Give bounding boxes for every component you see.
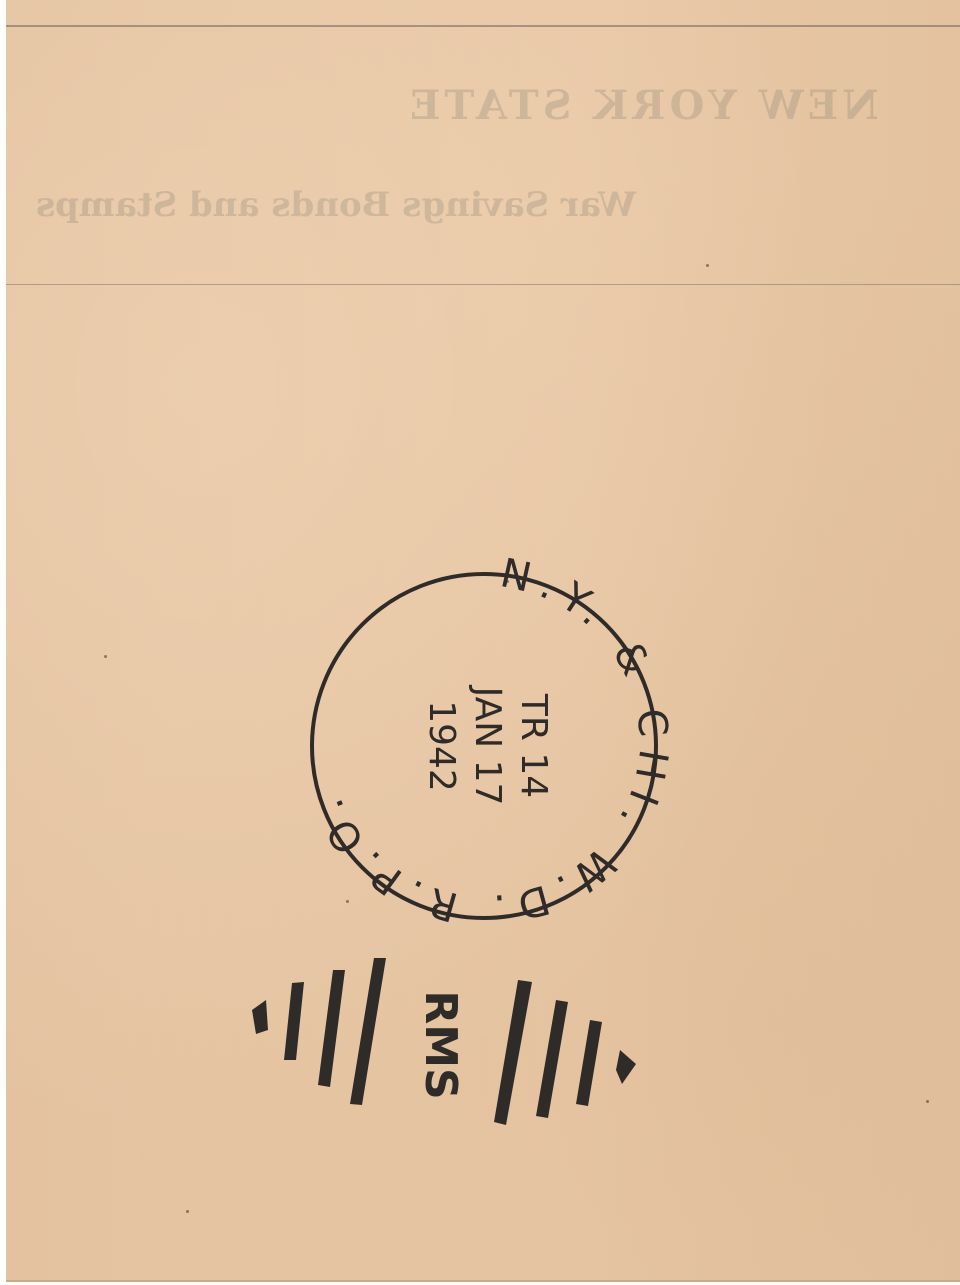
rms-killer: RMS <box>252 958 636 1125</box>
postmark-date: JAN 17 <box>467 685 508 806</box>
rms-text: RMS <box>415 990 466 1099</box>
postmark: N.Y. & CHI. W.D. R.P.O. TR 14 JAN 17 194… <box>303 550 677 932</box>
postmark-train: TR 14 <box>513 693 554 798</box>
cancellation-marks: N.Y. & CHI. W.D. R.P.O. TR 14 JAN 17 194… <box>0 0 960 1285</box>
postmark-year: 1942 <box>421 700 462 792</box>
